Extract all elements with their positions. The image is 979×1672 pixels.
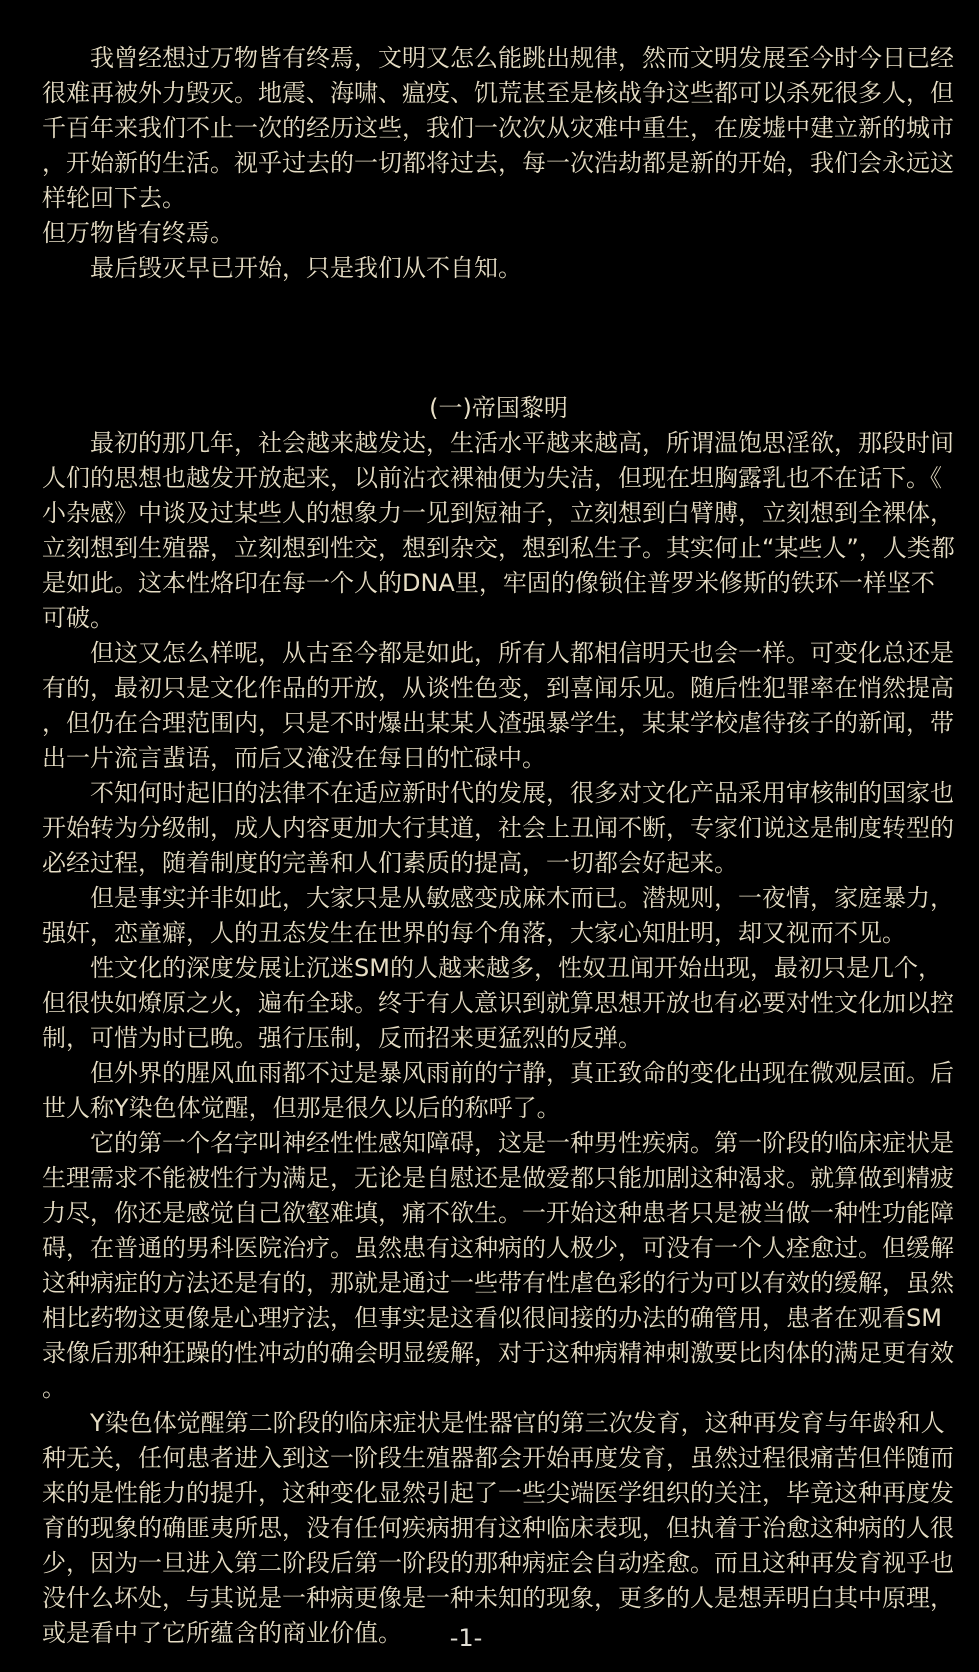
prologue-paragraph: 我曾经想过万物皆有终焉，文明又怎么能跳出规律，然而文明发展至今时今日已经很难再被…	[42, 41, 955, 216]
page-number: -1-	[0, 1621, 932, 1656]
chapter-paragraph: 但外界的腥风血雨都不过是暴风雨前的宁静，真正致命的变化出现在微观层面。后世人称Y…	[42, 1056, 955, 1126]
chapter-paragraph: Y染色体觉醒第二阶段的临床症状是性器官的第三次发育，这种再发育与年龄和人种无关，…	[42, 1406, 955, 1651]
chapter-paragraph: 性文化的深度发展让沉迷SM的人越来越多，性奴丑闻开始出现，最初只是几个，但很快如…	[42, 951, 955, 1056]
chapter-paragraph: 它的第一个名字叫神经性性感知障碍，这是一种男性疾病。第一阶段的临床症状是生理需求…	[42, 1126, 955, 1406]
ebook-reader-page: 我曾经想过万物皆有终焉，文明又怎么能跳出规律，然而文明发展至今时今日已经很难再被…	[0, 0, 979, 1672]
chapter-paragraph: 但是事实并非如此，大家只是从敏感变成麻木而已。潜规则，一夜情，家庭暴力，强奸，恋…	[42, 881, 955, 951]
chapter-paragraph: 不知何时起旧的法律不在适应新时代的发展，很多对文化产品采用审核制的国家也开始转为…	[42, 776, 955, 881]
prologue-paragraph: 但万物皆有终焉。	[42, 216, 955, 251]
chapter-paragraph: 但这又怎么样呢，从古至今都是如此，所有人都相信明天也会一样。可变化总还是有的，最…	[42, 636, 955, 776]
page-text-column: 我曾经想过万物皆有终焉，文明又怎么能跳出规律，然而文明发展至今时今日已经很难再被…	[42, 41, 955, 1651]
prologue-paragraph: 最后毁灭早已开始，只是我们从不自知。	[42, 251, 955, 286]
chapter-paragraph: 最初的那几年，社会越来越发达，生活水平越来越高，所谓温饱思淫欲，那段时间人们的思…	[42, 426, 955, 636]
chapter-heading: (一)帝国黎明	[42, 391, 955, 426]
